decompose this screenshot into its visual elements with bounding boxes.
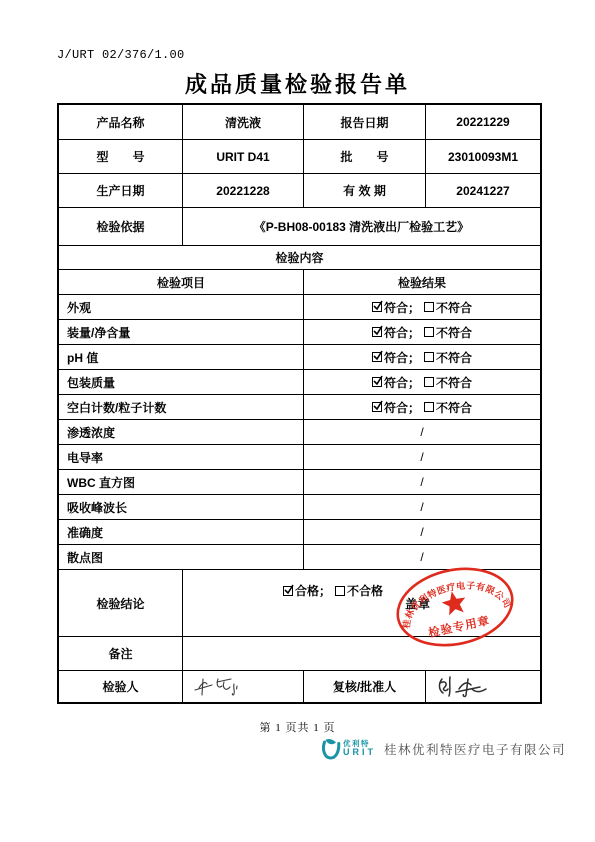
separator: ； — [408, 299, 420, 316]
checked-checkbox-icon — [372, 402, 382, 412]
item-label: 装量/净含量 — [59, 320, 303, 344]
unchecked-checkbox-icon — [424, 302, 434, 312]
basis-value: 《P-BH08-00183 清洗液出厂检验工艺》 — [182, 208, 540, 245]
table-row: 装量/净含量 符合；不符合 — [59, 319, 540, 344]
unchecked-checkbox-icon — [424, 402, 434, 412]
logo-en-text: URIT — [343, 748, 376, 757]
fail-label: 不符合 — [436, 324, 472, 341]
item-result: / — [303, 470, 540, 494]
table-row: 检验结论 合格；不合格 盖章 桂林优利特医疗电子有限公司 检验专用章 — [59, 569, 540, 636]
basis-label: 检验依据 — [59, 208, 182, 245]
item-label: 包装质量 — [59, 370, 303, 394]
item-label: 渗透浓度 — [59, 420, 303, 444]
report-table: 产品名称 清洗液 报告日期 20221229 型 号 URIT D41 批 号 … — [57, 103, 542, 704]
separator: ； — [408, 399, 420, 416]
page-number: 第 1 页共 1 页 — [0, 719, 595, 735]
expiry-label: 有 效 期 — [303, 174, 425, 207]
reviewer-signature — [425, 671, 540, 702]
checked-checkbox-icon — [372, 327, 382, 337]
pass-label: 符合 — [384, 349, 408, 366]
table-row: 产品名称 清洗液 报告日期 20221229 — [59, 105, 540, 139]
unchecked-checkbox-icon — [424, 377, 434, 387]
model-value: URIT D41 — [182, 140, 303, 173]
pass-label: 符合 — [384, 324, 408, 341]
table-row: 准确度 / — [59, 519, 540, 544]
fail-label: 不符合 — [436, 399, 472, 416]
pass-label: 符合 — [384, 374, 408, 391]
table-row: 生产日期 20221228 有 效 期 20241227 — [59, 173, 540, 207]
product-name-value: 清洗液 — [182, 105, 303, 139]
page-title: 成品质量检验报告单 — [0, 68, 595, 99]
report-page: J/URT 02/376/1.00 成品质量检验报告单 产品名称 清洗液 报告日… — [0, 0, 595, 842]
result-checkbox-group: 符合；不符合 — [372, 324, 472, 341]
fail-label: 不符合 — [436, 299, 472, 316]
fail-label: 不符合 — [436, 374, 472, 391]
item-label: 空白计数/粒子计数 — [59, 395, 303, 419]
item-result: / — [303, 445, 540, 469]
pass-label: 符合 — [384, 399, 408, 416]
expiry-value: 20241227 — [425, 174, 540, 207]
table-row: 检验项目 检验结果 — [59, 269, 540, 294]
item-result: 符合；不符合 — [303, 395, 540, 419]
footer-brand: 优利特 URIT 桂林优利特医疗电子有限公司 — [320, 738, 566, 760]
table-row: 空白计数/粒子计数 符合；不符合 — [59, 394, 540, 419]
conclusion-checkbox-group: 合格；不合格 — [283, 582, 383, 599]
batch-value: 23010093M1 — [425, 140, 540, 173]
unchecked-checkbox-icon — [335, 586, 345, 596]
item-label: 准确度 — [59, 520, 303, 544]
table-row: 外观 符合；不符合 — [59, 294, 540, 319]
pass-label: 符合 — [384, 299, 408, 316]
fail-label: 不合格 — [347, 582, 383, 599]
checked-checkbox-icon — [372, 302, 382, 312]
product-name-label: 产品名称 — [59, 105, 182, 139]
urit-logo-text: 优利特 URIT — [343, 740, 376, 757]
table-row: 检验内容 — [59, 245, 540, 269]
result-checkbox-group: 符合；不符合 — [372, 399, 472, 416]
conclusion-label: 检验结论 — [59, 570, 182, 636]
reviewer-label: 复核/批准人 — [303, 671, 425, 702]
result-checkbox-group: 符合；不符合 — [372, 349, 472, 366]
separator: ； — [319, 582, 331, 599]
fail-label: 不符合 — [436, 349, 472, 366]
checked-checkbox-icon — [283, 586, 293, 596]
item-label: pH 值 — [59, 345, 303, 369]
item-result: / — [303, 520, 540, 544]
report-date-value: 20221229 — [425, 105, 540, 139]
item-label: 散点图 — [59, 545, 303, 569]
separator: ； — [408, 349, 420, 366]
item-label: 电导率 — [59, 445, 303, 469]
table-row: WBC 直方图 / — [59, 469, 540, 494]
item-label: 外观 — [59, 295, 303, 319]
inspector-label: 检验人 — [59, 671, 182, 702]
result-checkbox-group: 符合；不符合 — [372, 299, 472, 316]
item-result: / — [303, 495, 540, 519]
table-row: 检验依据 《P-BH08-00183 清洗液出厂检验工艺》 — [59, 207, 540, 245]
conclusion-value: 合格；不合格 盖章 桂林优利特医疗电子有限公司 检验专用章 — [182, 570, 540, 636]
item-result: 符合；不符合 — [303, 320, 540, 344]
production-date-label: 生产日期 — [59, 174, 182, 207]
inspector-signature — [182, 671, 303, 702]
checked-checkbox-icon — [372, 377, 382, 387]
item-result: 符合；不符合 — [303, 295, 540, 319]
production-date-value: 20221228 — [182, 174, 303, 207]
pass-label: 合格 — [295, 582, 319, 599]
item-column-header: 检验项目 — [59, 270, 303, 294]
table-row: 检验人 复核/批准人 — [59, 670, 540, 702]
table-row: 包装质量 符合；不符合 — [59, 369, 540, 394]
item-label: WBC 直方图 — [59, 470, 303, 494]
unchecked-checkbox-icon — [424, 352, 434, 362]
item-result: / — [303, 420, 540, 444]
reviewer-signature-icon — [434, 674, 496, 700]
table-row: 渗透浓度 / — [59, 419, 540, 444]
item-label: 吸收峰波长 — [59, 495, 303, 519]
checked-checkbox-icon — [372, 352, 382, 362]
table-row: 电导率 / — [59, 444, 540, 469]
table-row: 型 号 URIT D41 批 号 23010093M1 — [59, 139, 540, 173]
urit-logo-icon — [320, 738, 341, 760]
separator: ； — [408, 374, 420, 391]
table-row: pH 值 符合；不符合 — [59, 344, 540, 369]
remark-label: 备注 — [59, 637, 182, 670]
red-company-stamp: 桂林优利特医疗电子有限公司 检验专用章 — [391, 565, 519, 651]
model-label: 型 号 — [59, 140, 182, 173]
result-checkbox-group: 符合；不符合 — [372, 374, 472, 391]
separator: ； — [408, 324, 420, 341]
section-title: 检验内容 — [59, 246, 540, 269]
unchecked-checkbox-icon — [424, 327, 434, 337]
result-column-header: 检验结果 — [303, 270, 540, 294]
document-code: J/URT 02/376/1.00 — [57, 48, 185, 62]
item-result: 符合；不符合 — [303, 370, 540, 394]
table-row: 吸收峰波长 / — [59, 494, 540, 519]
footer-company-name: 桂林优利特医疗电子有限公司 — [384, 740, 566, 758]
batch-label: 批 号 — [303, 140, 425, 173]
report-date-label: 报告日期 — [303, 105, 425, 139]
inspector-signature-icon — [191, 673, 253, 701]
item-result: 符合；不符合 — [303, 345, 540, 369]
